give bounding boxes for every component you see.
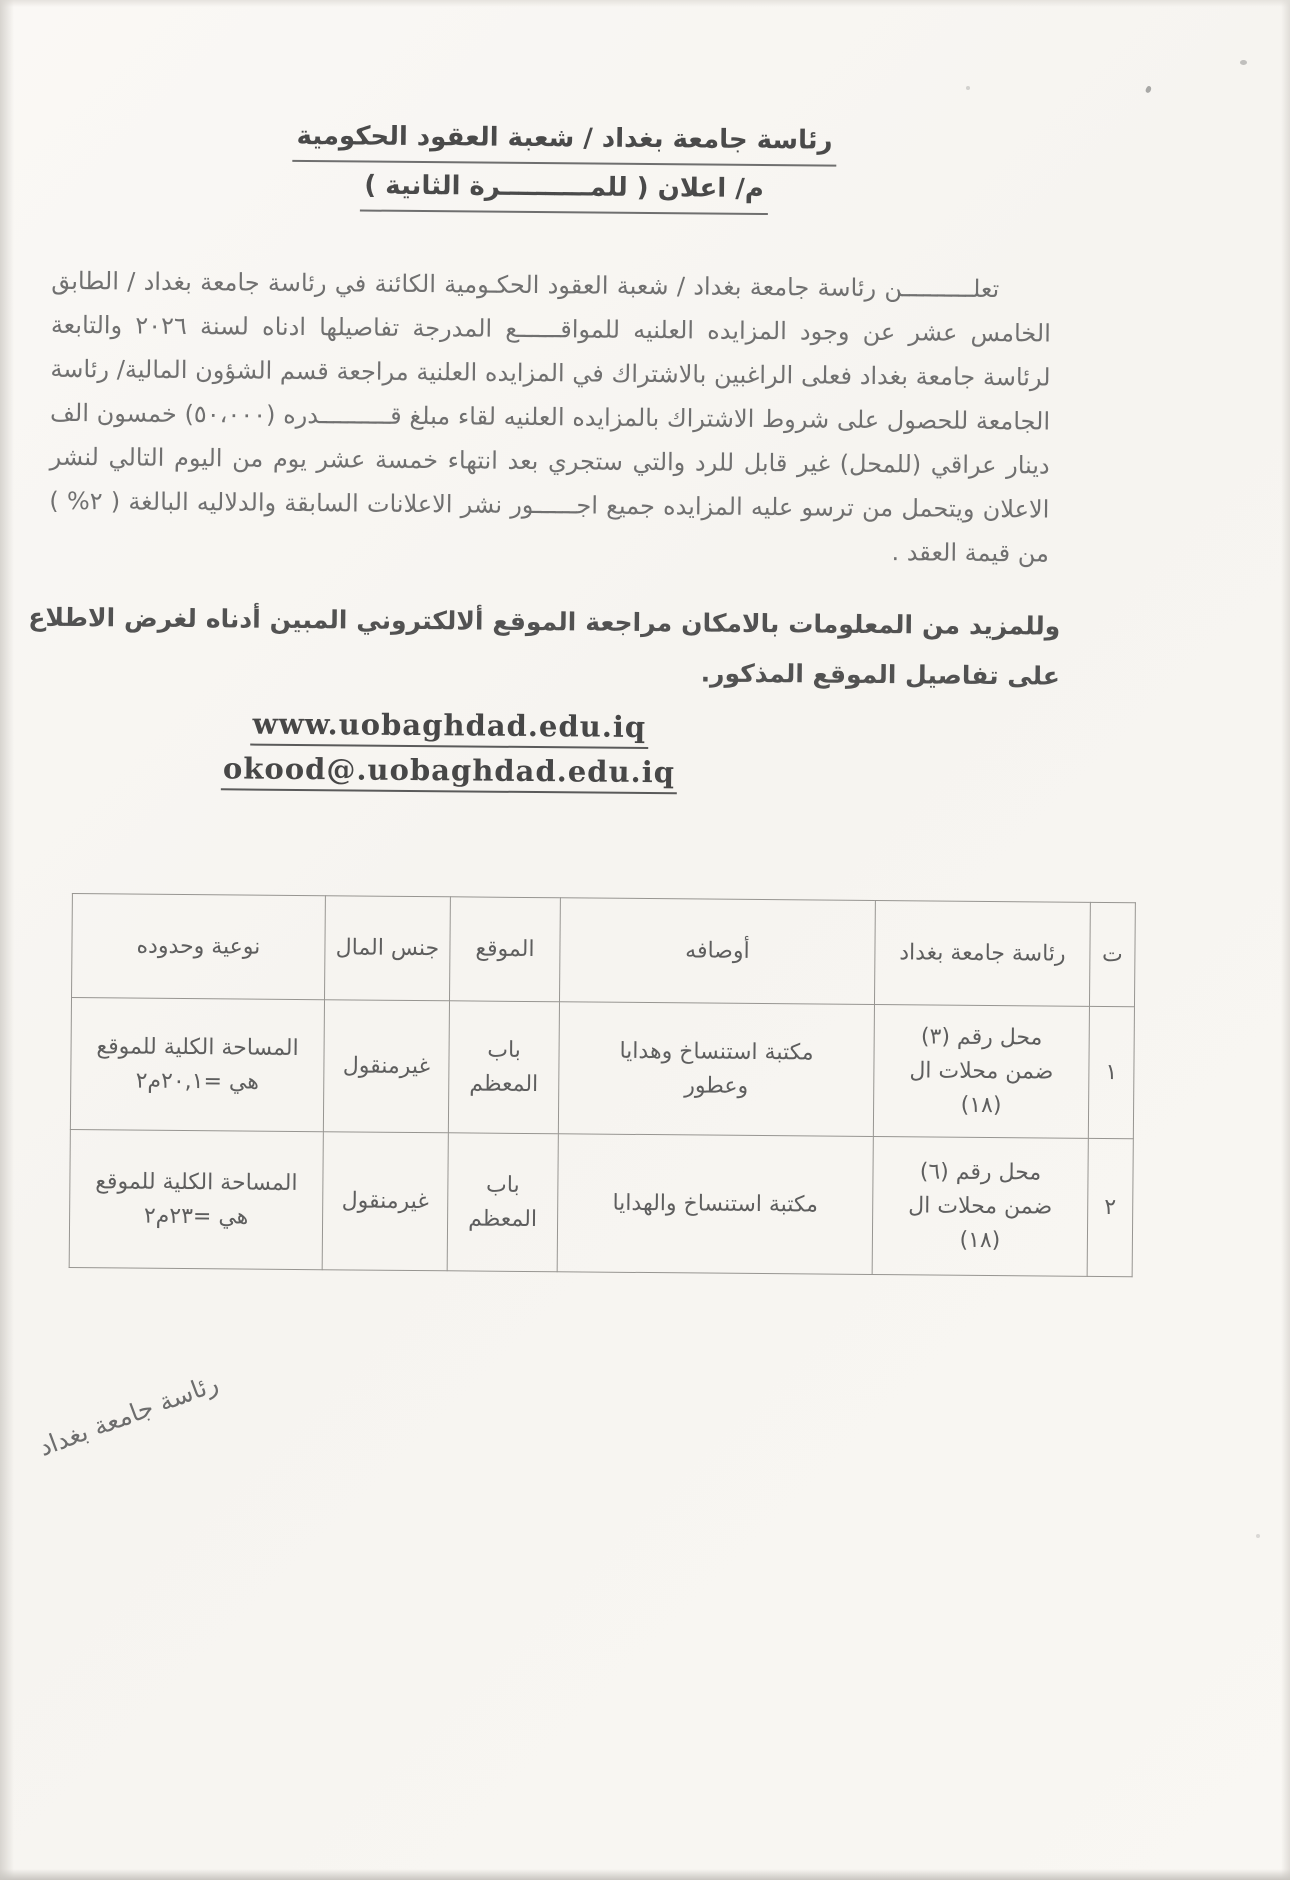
website-url: www.uobaghdad.edu.iq <box>250 704 648 749</box>
contact-links: www.uobaghdad.edu.iq okood@.uobaghdad.ed… <box>0 698 900 796</box>
cell-description: مكتبة استنساخ والهدايا <box>557 1134 873 1275</box>
cell-seq: ٢ <box>1087 1138 1133 1276</box>
auction-sites-table: ت رئاسة جامعة بغداد أوصافه الموقع جنس ال… <box>69 893 1136 1277</box>
document-header: رئاسة جامعة بغداد / شعبة العقود الحكومية… <box>4 0 1126 218</box>
cell-nature-bounds: المساحة الكلية للموقع هي =٢٣م٢ <box>69 1130 323 1270</box>
table-row: ١ محل رقم (٣) ضمن محلات ال (١٨) مكتبة اس… <box>70 998 1134 1139</box>
document-title-subject: م/ اعلان ( للمــــــــــرة الثانية ) <box>360 162 768 215</box>
cell-location: باب المعظم <box>448 1001 559 1134</box>
scanned-announcement-page: { "title": { "line1": "رئاسة جامعة بغداد… <box>0 0 1290 1880</box>
header-location: الموقع <box>450 897 561 1002</box>
header-authority: رئاسة جامعة بغداد <box>874 901 1090 1007</box>
header-asset-type: جنس المال <box>325 896 451 1001</box>
cell-nature-bounds: المساحة الكلية للموقع هي =٢٠,١م٢ <box>70 998 324 1132</box>
cell-asset-type: غيرمنقول <box>322 1132 448 1271</box>
cell-location: باب المعظم <box>447 1133 558 1272</box>
email-address: okood@.uobaghdad.edu.iq <box>221 748 677 794</box>
cell-asset-type: غيرمنقول <box>323 1000 449 1133</box>
cell-seq: ١ <box>1088 1006 1134 1138</box>
cell-authority: محل رقم (٦) ضمن محلات ال (١٨) <box>872 1137 1088 1277</box>
signature-stamp: رئاسة جامعة بغداد <box>35 1368 222 1461</box>
document-title-org: رئاسة جامعة بغداد / شعبة العقود الحكومية <box>292 113 836 167</box>
table-row: ٢ محل رقم (٦) ضمن محلات ال (١٨) مكتبة اس… <box>69 1130 1133 1277</box>
header-nature-bounds: نوعية وحدوده <box>72 894 326 1000</box>
header-seq: ت <box>1089 902 1135 1006</box>
document-body: رئاسة جامعة بغداد / شعبة العقود الحكومية… <box>0 0 1290 1880</box>
more-info-paragraph: وللمزيد من المعلومات بالامكان مراجعة الم… <box>28 593 1061 702</box>
header-description: أوصافه <box>559 898 875 1005</box>
announcement-paragraph: تعلــــــــــن رئاسة جامعة بغداد / شعبة … <box>49 259 1052 576</box>
cell-description: مكتبة استنساخ وهدايا وعطور <box>558 1002 874 1137</box>
cell-authority: محل رقم (٣) ضمن محلات ال (١٨) <box>873 1005 1089 1139</box>
table-header-row: ت رئاسة جامعة بغداد أوصافه الموقع جنس ال… <box>72 894 1136 1007</box>
